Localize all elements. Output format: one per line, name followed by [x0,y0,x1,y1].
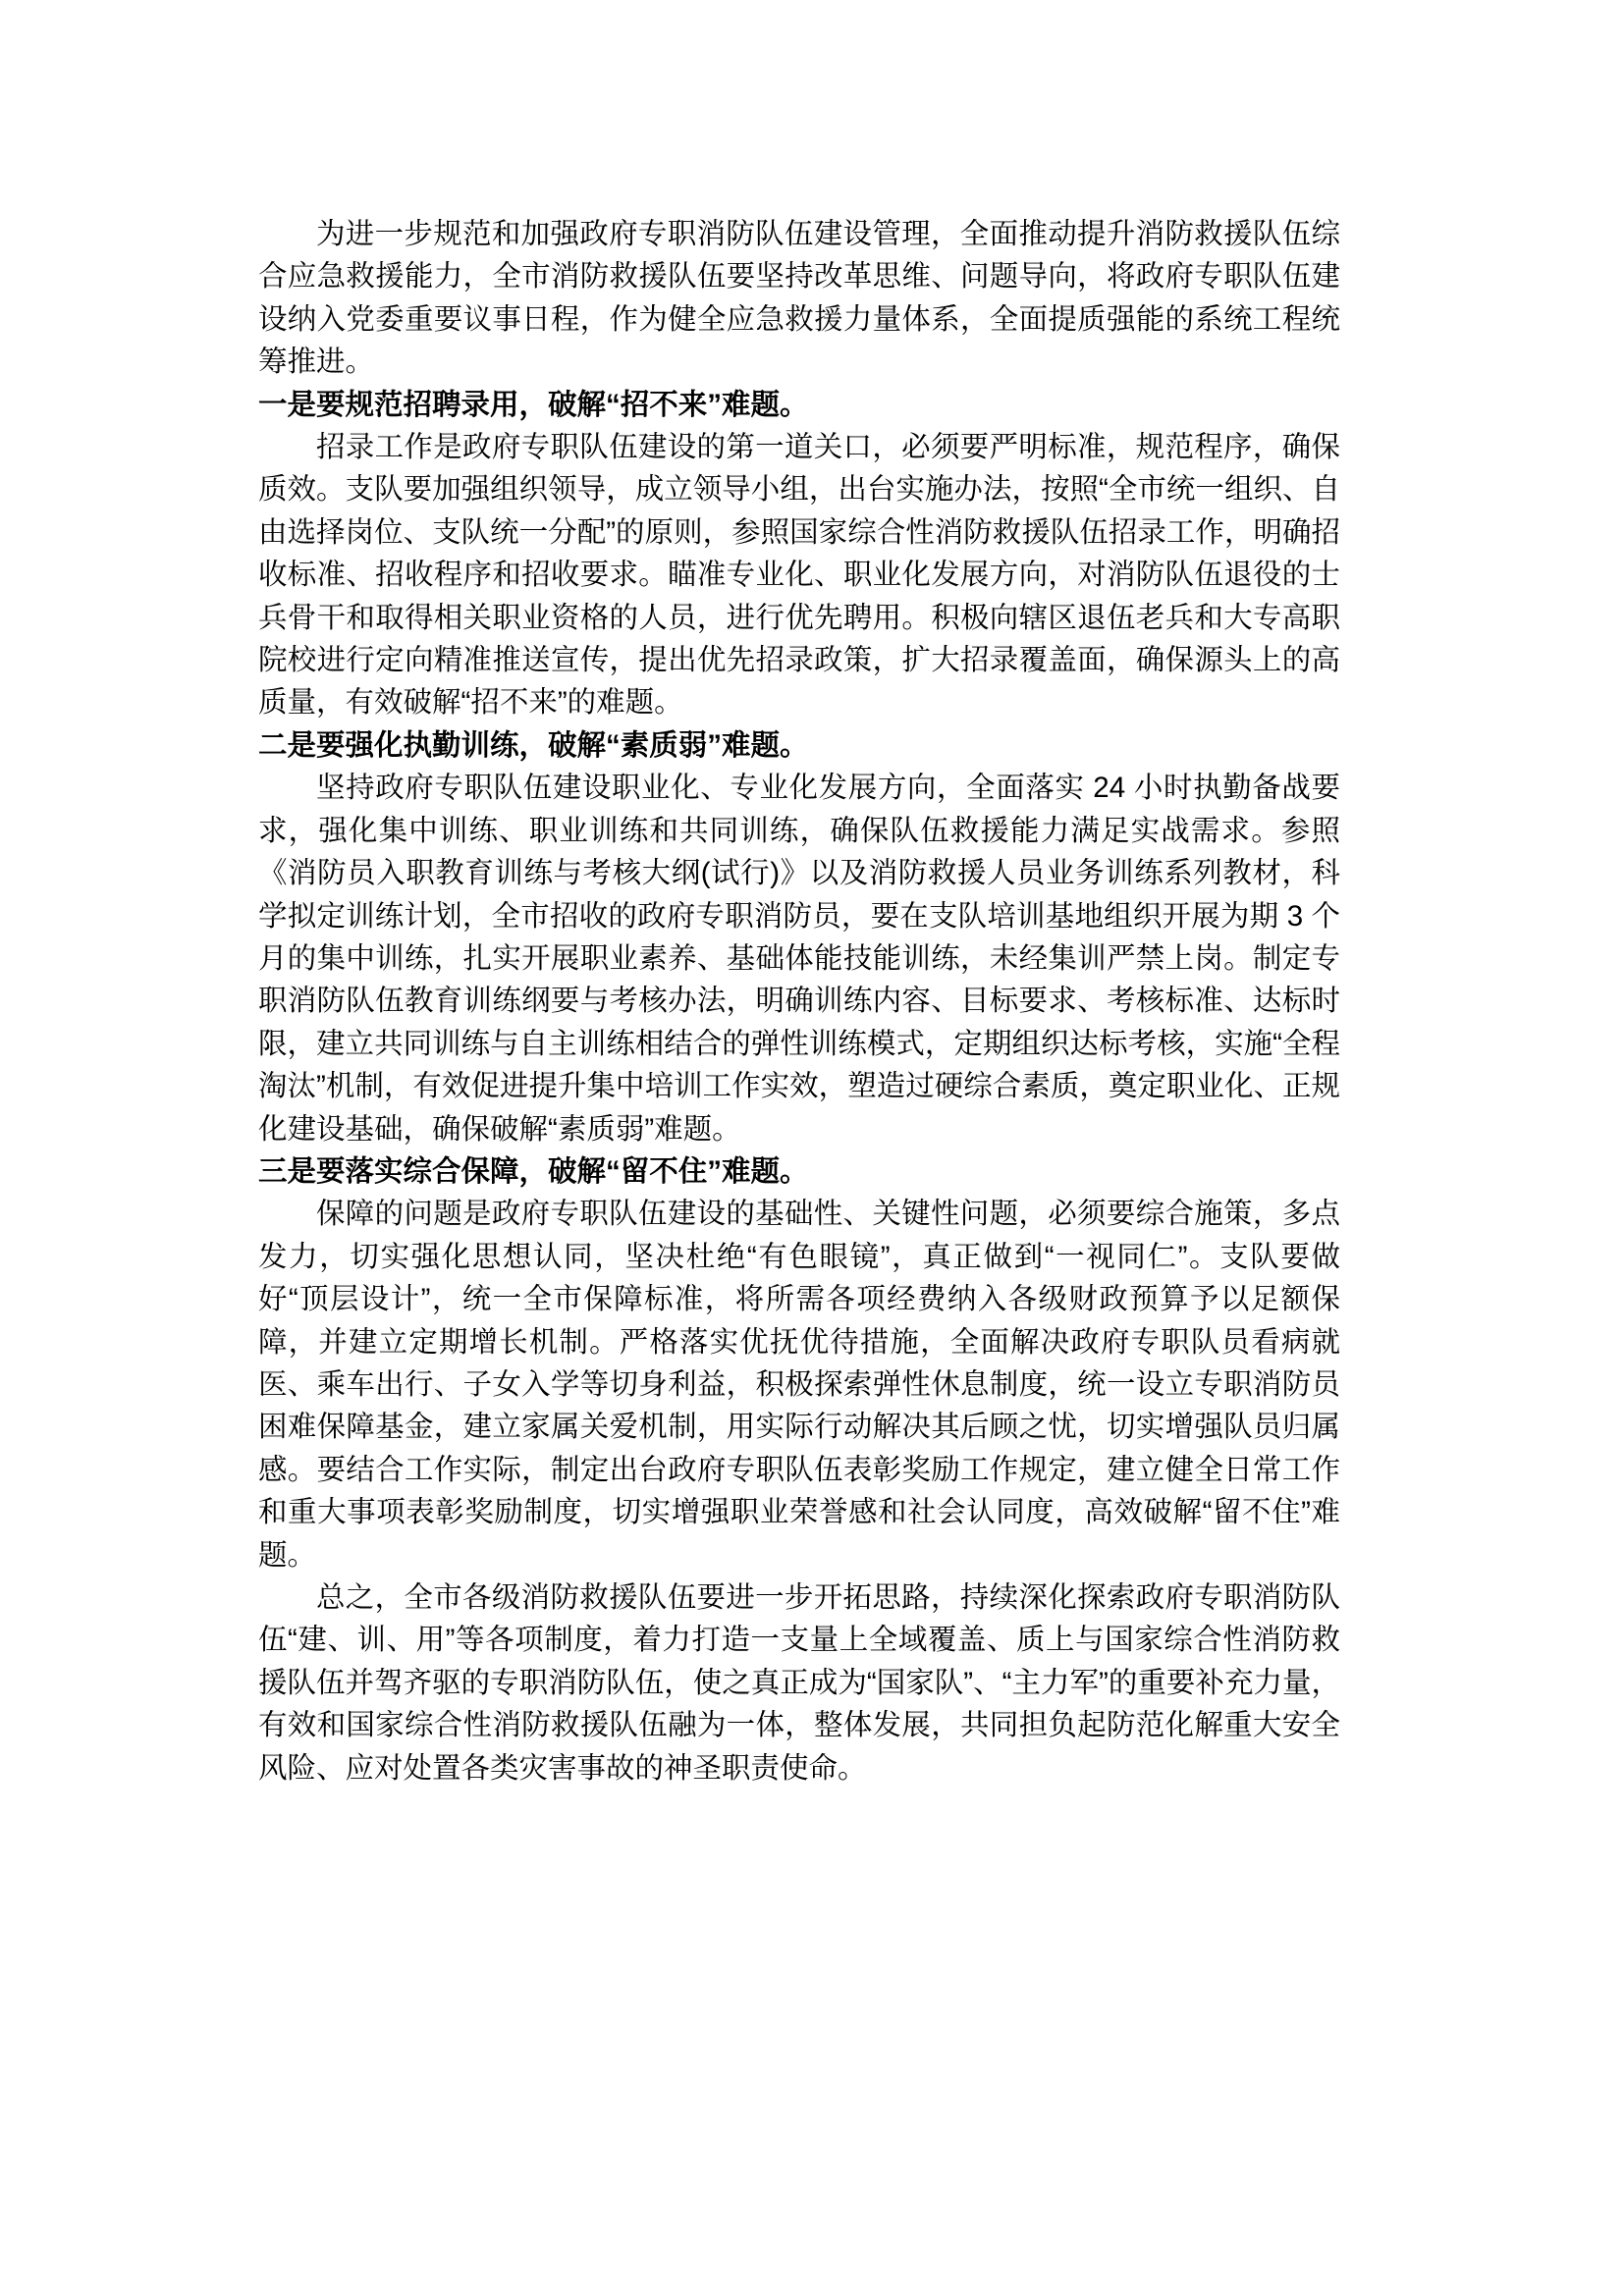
section-2-paragraph: 坚持政府专职队伍建设职业化、专业化发展方向，全面落实 24 小时执勤备战要求，强… [258,767,1340,1150]
section-heading-2: 二是要强化执勤训练，破解“素质弱”难题。 [258,724,1340,767]
section-heading-1: 一是要规范招聘录用，破解“招不来”难题。 [258,384,1340,426]
section-1-paragraph: 招录工作是政府专职队伍建设的第一道关口，必须要严明标准，规范程序，确保质效。支队… [258,426,1340,724]
section-3-paragraph: 保障的问题是政府专职队伍建设的基础性、关键性问题，必须要综合施策，多点发力，切实… [258,1193,1340,1576]
document-page: 为进一步规范和加强政府专职消防队伍建设管理，全面推动提升消防救援队伍综合应急救援… [258,213,1340,1789]
conclusion-paragraph: 总之，全市各级消防救援队伍要进一步开拓思路，持续深化探索政府专职消防队伍“建、训… [258,1576,1340,1789]
section-heading-3: 三是要落实综合保障，破解“留不住”难题。 [258,1150,1340,1193]
intro-paragraph: 为进一步规范和加强政府专职消防队伍建设管理，全面推动提升消防救援队伍综合应急救援… [258,213,1340,384]
